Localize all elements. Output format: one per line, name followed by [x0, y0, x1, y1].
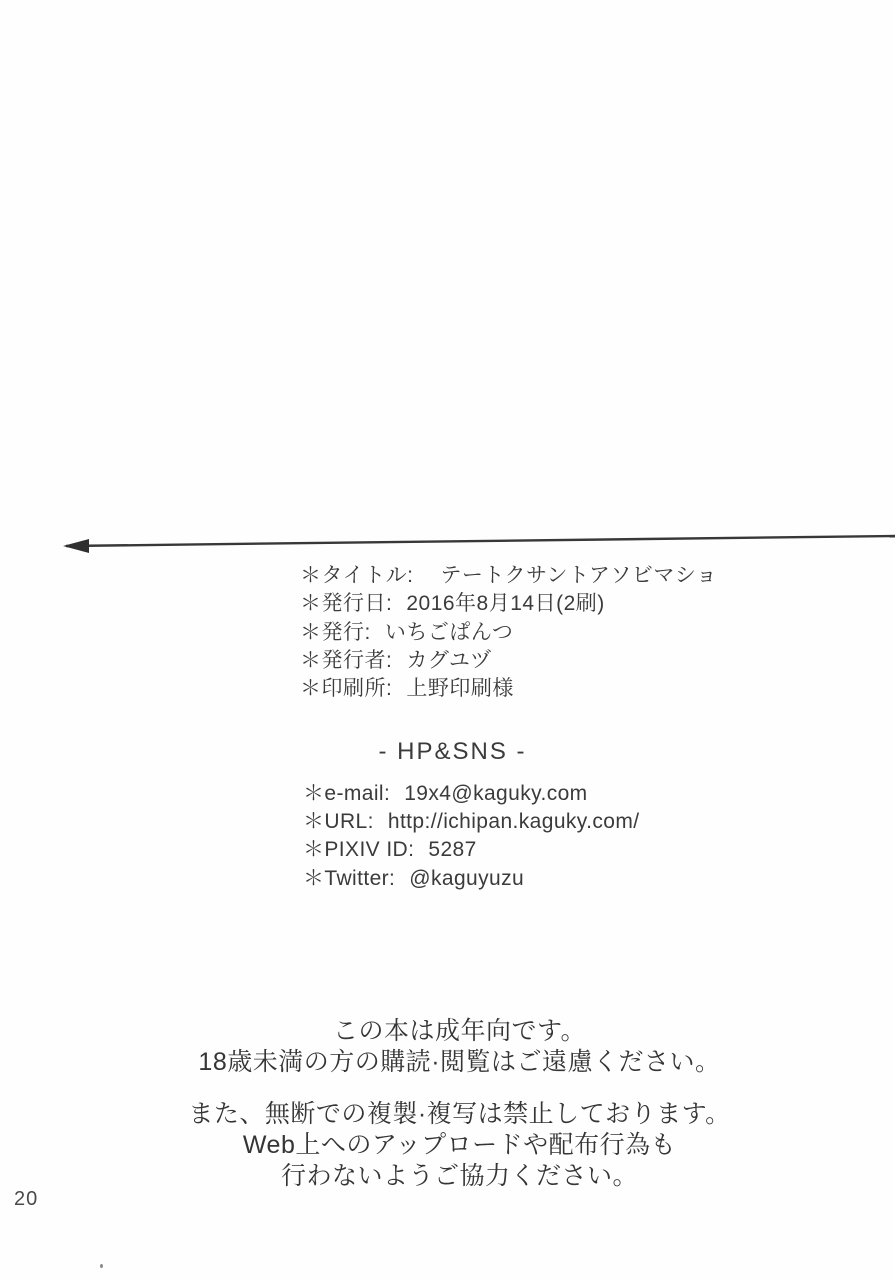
- copyright-warning-text: また、無断での複製·複写は禁止しております。 Web上へのアップロードや配布行為…: [12, 1099, 895, 1192]
- copyright-warning-line: また、無断での複製·複写は禁止しております。: [12, 1099, 895, 1130]
- colophon-value: いちごぱんつ: [385, 619, 514, 647]
- colophon-row-title: ＊タイトル:テートクサントアソビマショ: [300, 562, 717, 590]
- hpsns-row-email: ＊e-mail:19x4@kaguky.com: [303, 780, 640, 808]
- hpsns-label: ＊URL:: [303, 808, 374, 836]
- hp-sns-heading: - HP&SNS -: [5, 738, 895, 766]
- colophon-value: カグユヅ: [406, 647, 492, 675]
- colophon-label: ＊発行:: [300, 619, 371, 647]
- colophon-label: ＊印刷所:: [300, 675, 392, 703]
- colophon-row-author: ＊発行者:カグユヅ: [300, 647, 717, 675]
- hpsns-value: 19x4@kaguky.com: [404, 780, 587, 808]
- hpsns-row-pixiv: ＊PIXIV ID:5287: [303, 836, 640, 864]
- colophon-label: ＊発行者:: [300, 647, 392, 675]
- hpsns-value: 5287: [428, 836, 476, 864]
- colophon-row-publisher: ＊発行:いちごぱんつ: [300, 619, 717, 647]
- copyright-warning-line: 行わないようご協力ください。: [12, 1161, 895, 1192]
- hp-sns-block: ＊e-mail:19x4@kaguky.com ＊URL:http://ichi…: [303, 780, 640, 893]
- hpsns-label: ＊e-mail:: [303, 780, 390, 808]
- colophon-row-issue-date: ＊発行日:2016年8月14日(2刷): [300, 590, 717, 618]
- adult-warning-line: この本は成年向です。: [12, 1016, 895, 1047]
- page-number: 20: [14, 1188, 38, 1211]
- colophon-row-printer: ＊印刷所:上野印刷様: [300, 675, 717, 703]
- copyright-warning-line: Web上へのアップロードや配布行為も: [12, 1130, 895, 1161]
- colophon-label: ＊タイトル:: [300, 562, 413, 590]
- hpsns-row-twitter: ＊Twitter:@kaguyuzu: [303, 865, 640, 893]
- colophon-value: 上野印刷様: [406, 675, 514, 703]
- hpsns-label: ＊Twitter:: [303, 865, 395, 893]
- colophon-value: 2016年8月14日(2刷): [406, 590, 604, 618]
- hpsns-value: http://ichipan.kaguky.com/: [388, 808, 640, 836]
- colophon-block: ＊タイトル:テートクサントアソビマショ ＊発行日:2016年8月14日(2刷) …: [300, 562, 717, 703]
- scan-artifact-speck: [100, 1264, 103, 1268]
- left-arrow-divider-icon: [0, 528, 895, 558]
- colophon-value: テートクサントアソビマショ: [440, 562, 717, 590]
- adult-warning-line: 18歳未満の方の購読·閲覧はご遠慮ください。: [12, 1047, 895, 1078]
- hpsns-row-url: ＊URL:http://ichipan.kaguky.com/: [303, 808, 640, 836]
- hpsns-label: ＊PIXIV ID:: [303, 836, 414, 864]
- adult-warning-text: この本は成年向です。 18歳未満の方の購読·閲覧はご遠慮ください。: [12, 1016, 895, 1078]
- scanned-colophon-page: ＊タイトル:テートクサントアソビマショ ＊発行日:2016年8月14日(2刷) …: [0, 0, 895, 1280]
- hpsns-value: @kaguyuzu: [409, 865, 524, 893]
- colophon-label: ＊発行日:: [300, 590, 392, 618]
